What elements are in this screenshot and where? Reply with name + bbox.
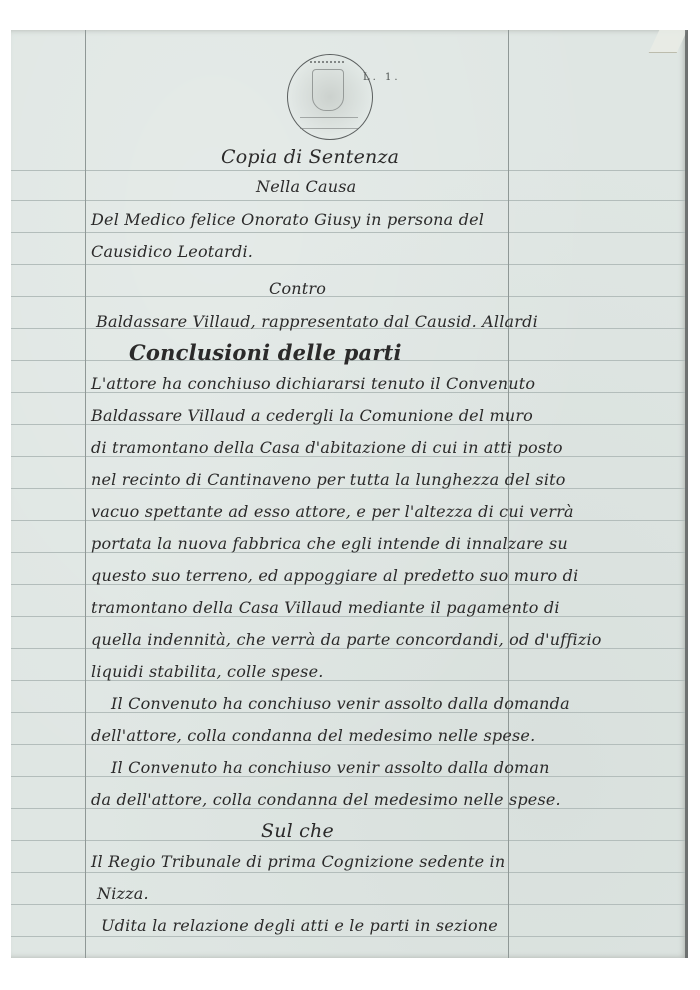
conclusions-line: Baldassare Villaud a cedergli la Comunio…	[91, 406, 533, 425]
ruled-line	[11, 232, 688, 233]
seal-base	[300, 117, 358, 129]
ruling-line: Nizza.	[97, 884, 149, 903]
seal-crest	[312, 69, 344, 111]
section-title-ruling: Sul che	[261, 820, 334, 842]
conclusions-line: tramontano della Casa Villaud mediante i…	[91, 598, 560, 617]
conclusions-line: da dell'attore, colla condanna del medes…	[91, 790, 561, 809]
conclusions-line: Il Convenuto ha conchiuso venir assolto …	[111, 758, 550, 777]
ruled-line	[11, 296, 688, 297]
conclusions-line: questo suo terreno, ed appoggiare al pre…	[91, 566, 578, 585]
document-subtitle: Nella Causa	[256, 177, 356, 196]
torn-corner	[649, 30, 688, 53]
conclusions-line: nel recinto di Cantinaveno per tutta la …	[91, 470, 566, 489]
ruling-line: Il Regio Tribunale di prima Cognizione s…	[91, 852, 505, 871]
ruled-line	[11, 170, 688, 171]
conclusions-line: L'attore ha conchiuso dichiararsi tenuto…	[91, 374, 535, 393]
stamp-label: L. 1.	[363, 72, 401, 83]
ruled-line	[11, 840, 688, 841]
conclusions-line: Il Convenuto ha conchiuso venir assolto …	[111, 694, 570, 713]
ruled-line	[11, 872, 688, 873]
conclusions-line: quella indennità, che verrà da parte con…	[91, 630, 602, 649]
conclusions-line: dell'attore, colla condanna del medesimo…	[91, 726, 535, 745]
ruled-line	[11, 936, 688, 937]
section-title-conclusions: Conclusioni delle parti	[129, 340, 402, 365]
conclusions-line: portata la nuova fabbrica che egli inten…	[91, 534, 568, 553]
conclusions-line: vacuo spettante ad esso attore, e per l'…	[91, 502, 574, 521]
plaintiff-line-2: Causidico Leotardi.	[91, 242, 253, 261]
ruled-line	[11, 200, 688, 201]
conclusions-line: liquidi stabilita, colle spese.	[91, 662, 324, 681]
right-margin-line	[508, 30, 509, 958]
ruled-line	[11, 904, 688, 905]
ruled-line	[11, 264, 688, 265]
coat-of-arms-seal-icon	[287, 54, 373, 140]
plaintiff-line-1: Del Medico felice Onorato Giusy in perso…	[91, 210, 484, 229]
conclusions-line: di tramontano della Casa d'abitazione di…	[91, 438, 563, 457]
left-margin-line	[85, 30, 86, 958]
ruling-line: Udita la relazione degli atti e le parti…	[101, 916, 498, 935]
defendant-line: Baldassare Villaud, rappresentato dal Ca…	[96, 312, 538, 331]
versus-label: Contro	[269, 279, 326, 298]
document-page: L. 1. Copia di Sentenza Nella Causa Del …	[11, 30, 688, 958]
document-title: Copia di Sentenza	[221, 146, 399, 168]
